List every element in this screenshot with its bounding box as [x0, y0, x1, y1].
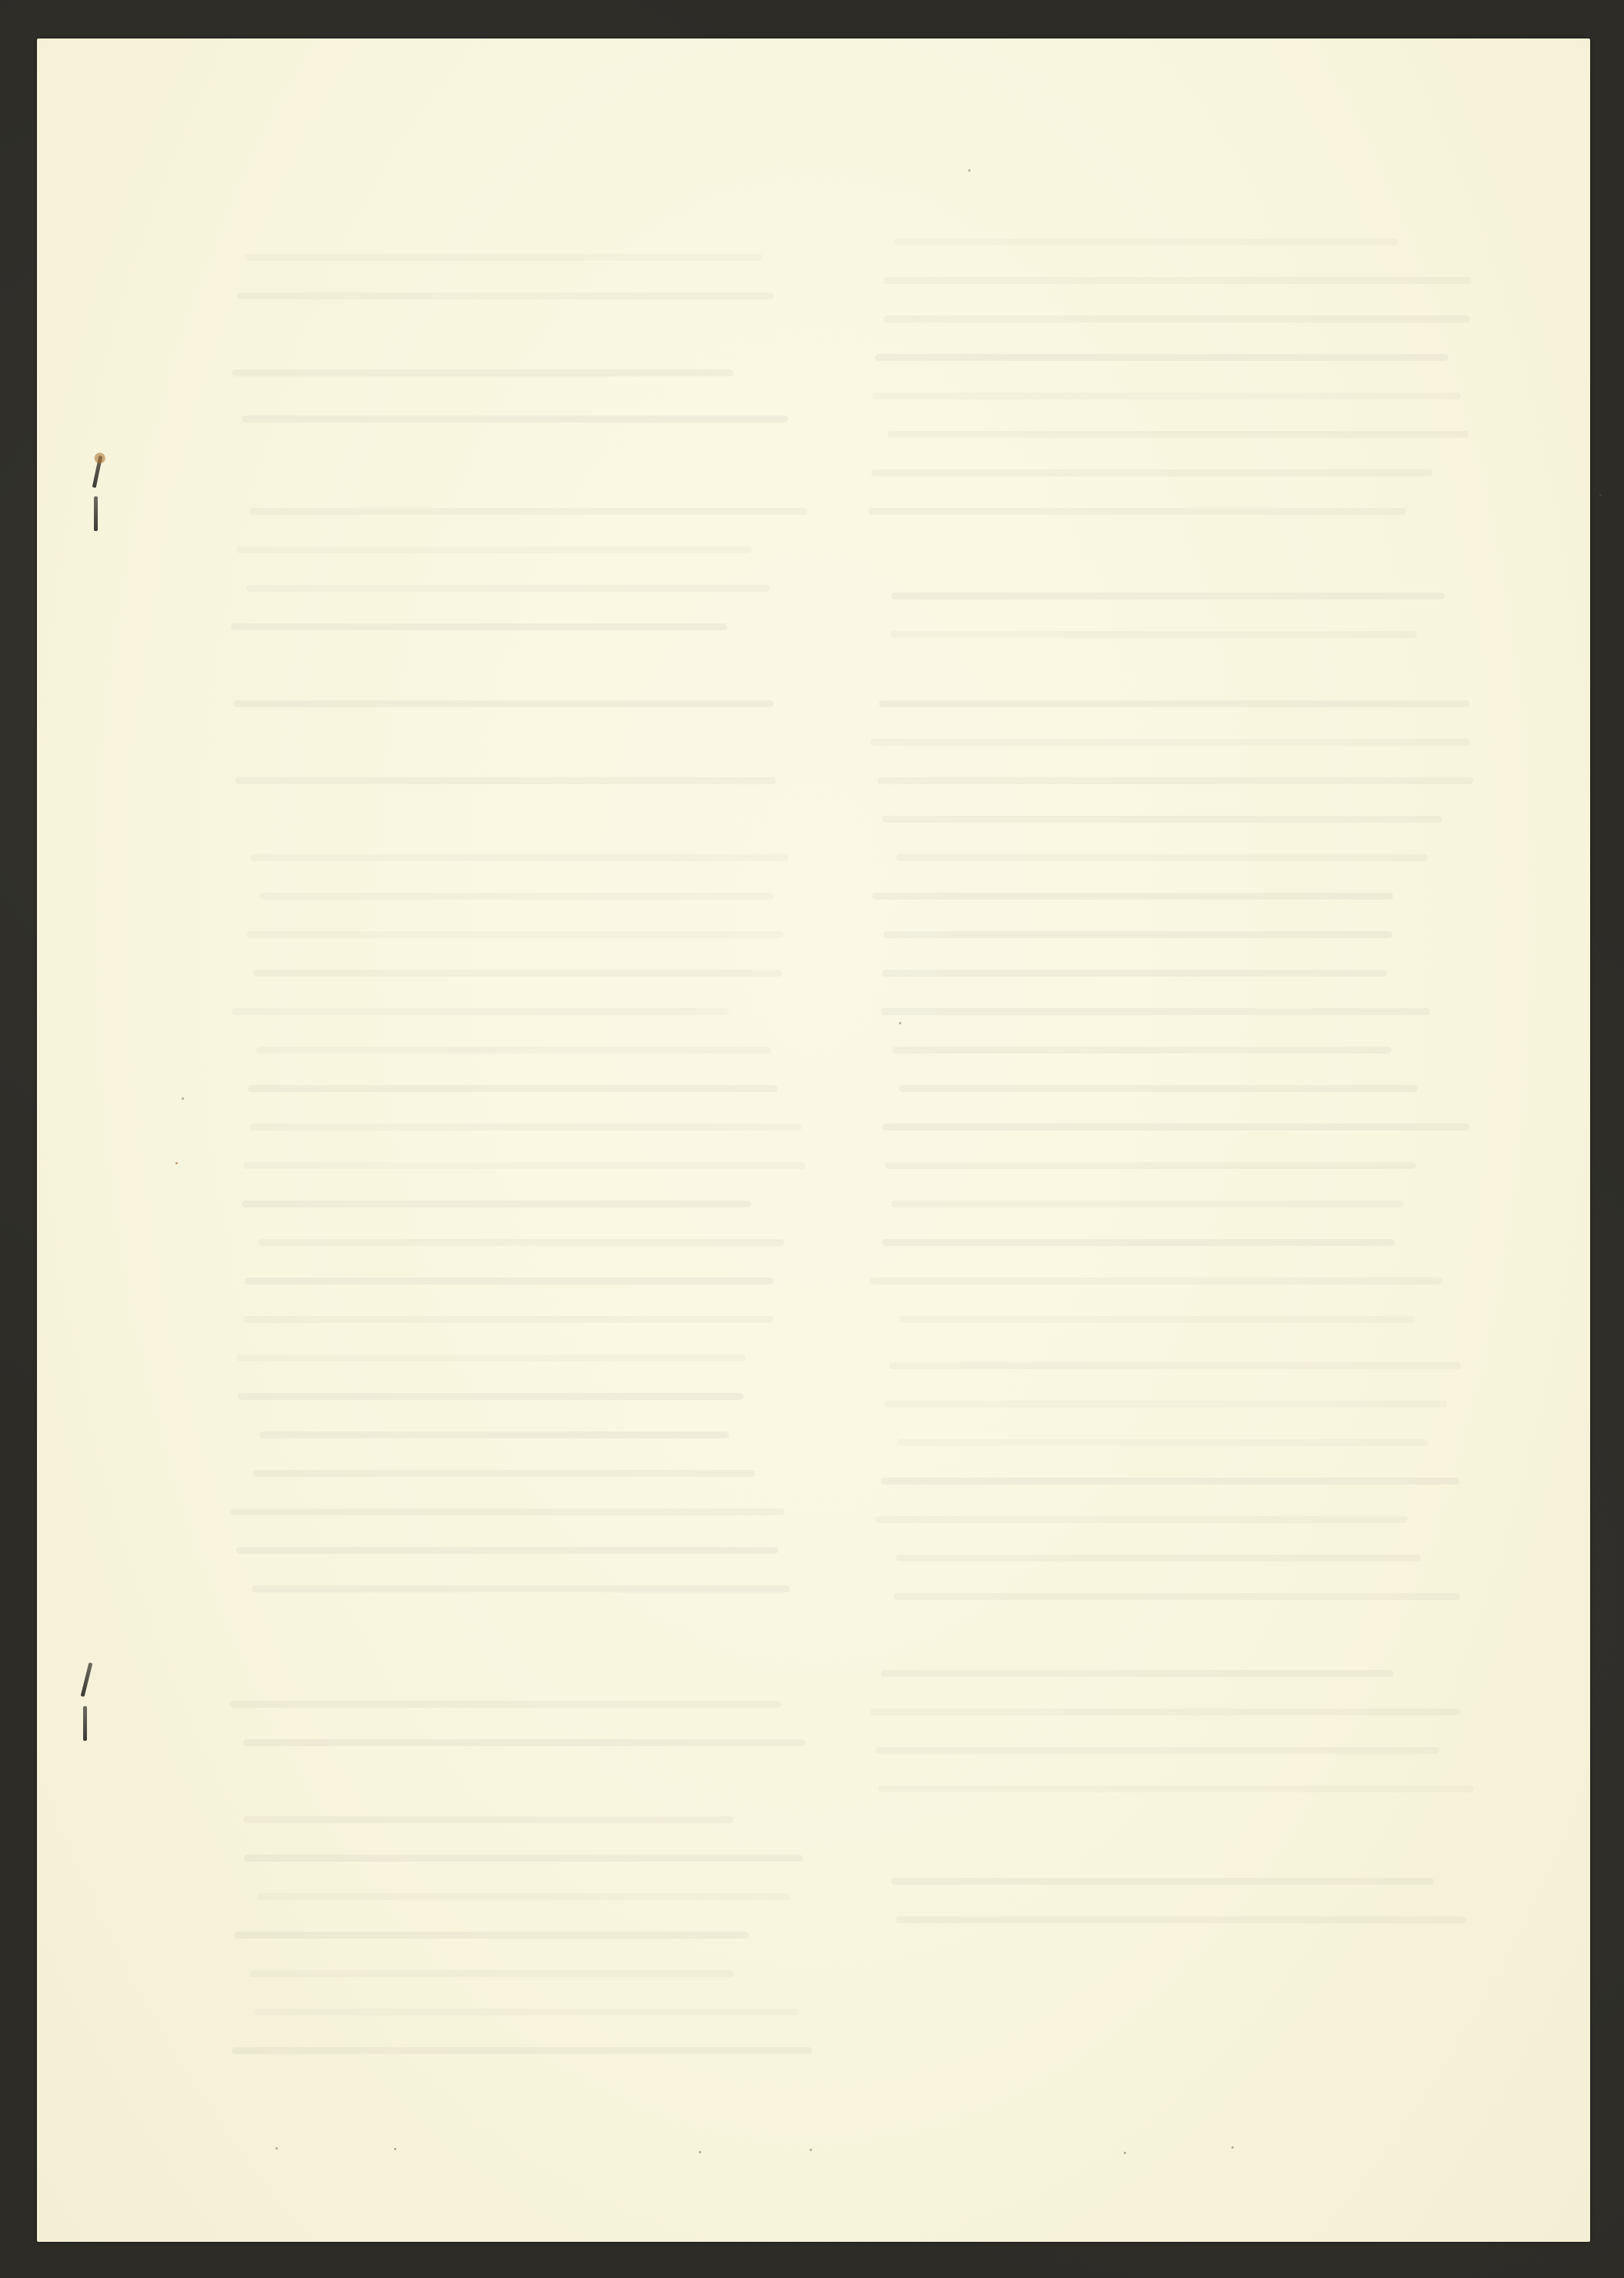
show-through-line: [243, 1816, 733, 1823]
show-through-line: [234, 1932, 749, 1939]
show-through-line: [243, 1162, 806, 1169]
speck: [899, 1022, 901, 1024]
show-through-line: [896, 1555, 1421, 1562]
show-through-line: [243, 1316, 774, 1323]
show-through-line: [884, 1401, 1447, 1408]
show-through-line: [253, 970, 782, 977]
show-through-line: [242, 1201, 751, 1207]
show-through-line: [875, 1516, 1408, 1523]
show-through-line: [896, 854, 1427, 861]
show-through-line: [871, 469, 1432, 476]
show-through-line: [252, 1470, 755, 1477]
staple-mark-icon: [94, 496, 98, 531]
staple-mark-icon: [92, 456, 103, 488]
show-through-line: [246, 931, 784, 938]
show-through-line: [870, 739, 1469, 746]
show-through-line: [892, 1047, 1392, 1054]
staple-mark-icon: [81, 1662, 93, 1697]
show-through-line: [259, 1239, 784, 1246]
show-through-line: [232, 1008, 729, 1015]
show-through-line: [868, 508, 1406, 515]
show-through-line: [884, 277, 1472, 284]
show-through-line: [891, 1201, 1404, 1207]
show-through-line: [259, 1431, 729, 1438]
show-through-line: [882, 970, 1387, 977]
show-through-line: [876, 1747, 1439, 1754]
show-through-line: [236, 546, 752, 553]
show-through-line: [249, 1970, 733, 1977]
show-through-line: [877, 777, 1473, 784]
show-through-line: [237, 292, 774, 299]
show-through-line: [891, 1878, 1435, 1885]
show-through-line: [242, 416, 787, 423]
show-through-line: [884, 931, 1392, 938]
show-through-line: [891, 631, 1418, 638]
show-through-line: [249, 508, 807, 515]
show-through-line: [894, 1593, 1459, 1600]
speck: [175, 1162, 178, 1164]
show-through-line: [879, 700, 1469, 707]
show-through-line: [244, 1855, 803, 1862]
show-through-line: [896, 1916, 1466, 1923]
show-through-line: [256, 1047, 770, 1054]
show-through-line: [882, 816, 1442, 823]
show-through-line: [246, 585, 769, 592]
show-through-line: [872, 893, 1393, 900]
show-through-line: [233, 700, 774, 707]
show-through-line: [229, 1701, 781, 1708]
speck: [276, 2147, 278, 2149]
show-through-line: [881, 1008, 1431, 1015]
show-through-line: [870, 1278, 1442, 1284]
speck: [1124, 2152, 1126, 2154]
show-through-line: [236, 1354, 745, 1361]
speck: [1599, 494, 1602, 496]
staple-mark-icon: [83, 1706, 87, 1741]
show-through-line: [255, 2009, 799, 2016]
show-through-line: [882, 1124, 1469, 1131]
show-through-line: [872, 392, 1461, 399]
show-through-line: [878, 1785, 1473, 1792]
show-through-line: [885, 1162, 1416, 1169]
show-through-line: [236, 1547, 778, 1554]
show-through-line: [230, 1508, 784, 1515]
show-through-line: [245, 254, 763, 261]
speck: [1231, 2146, 1234, 2149]
show-through-line: [899, 1316, 1415, 1323]
show-through-line: [252, 1585, 790, 1592]
show-through-line: [232, 369, 733, 376]
show-through-line: [249, 1124, 802, 1131]
speck: [699, 2151, 701, 2153]
show-through-line: [257, 1893, 790, 1900]
show-through-line: [889, 1362, 1461, 1369]
speck: [968, 169, 971, 172]
show-through-line: [248, 1085, 777, 1092]
show-through-line: [231, 623, 727, 630]
show-through-line: [894, 239, 1398, 246]
show-through-line: [882, 1239, 1395, 1246]
show-through-line: [243, 1739, 807, 1746]
show-through-line: [236, 777, 776, 784]
show-through-line: [881, 1670, 1394, 1677]
show-through-line: [887, 431, 1469, 438]
show-through-line: [899, 1085, 1418, 1092]
show-through-line: [232, 2047, 812, 2054]
show-through-line: [870, 1708, 1461, 1715]
speck: [810, 2149, 812, 2151]
speck: [394, 2148, 396, 2150]
show-through-line: [875, 354, 1449, 361]
paper-page: [37, 38, 1590, 2242]
show-through-line: [897, 1439, 1429, 1446]
speck: [182, 1097, 184, 1100]
show-through-line: [884, 316, 1471, 322]
show-through-line: [891, 593, 1445, 600]
show-through-line: [259, 893, 773, 900]
show-through-line: [238, 1393, 743, 1400]
show-through-line: [245, 1278, 774, 1284]
show-through-line: [250, 854, 788, 861]
show-through-line: [881, 1478, 1459, 1485]
